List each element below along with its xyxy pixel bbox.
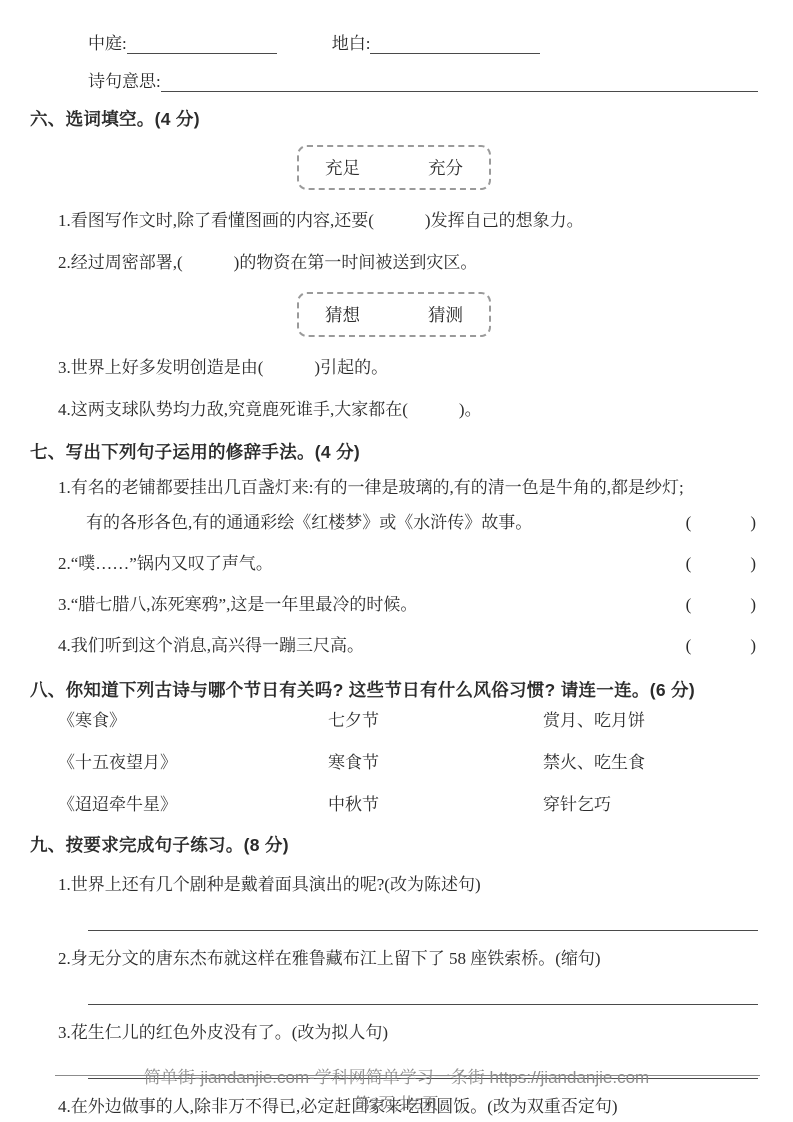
question-7-1: 1.有名的老铺都要挂出几百盏灯来:有的一律是玻璃的,有的清一色是牛角的,都是纱灯… [58, 470, 758, 540]
question-9-1: 1.世界上还有几个剧种是戴着面具演出的呢?(改为陈述句) [58, 870, 758, 900]
section8-title: 八、你知道下列古诗与哪个节日有关吗? 这些节日有什么风俗习惯? 请连一连。(6 … [30, 677, 758, 702]
question-6-2: 2.经过周密部署,( )的物资在第一时间被送到灾区。 [58, 248, 758, 278]
question-7-4: 4.我们听到这个消息,高兴得一蹦三尺高。 ( ) [58, 628, 758, 663]
poem-title: 《十五夜望月》 [58, 750, 328, 776]
custom-name: 赏月、吃月饼 [543, 708, 758, 734]
question-7-3: 3.“腊七腊八,冻死寒鸦”,这是一年里最冷的时候。 ( ) [58, 587, 758, 622]
word-choice-box-2: 猜想 猜测 [297, 292, 491, 337]
custom-name: 穿针乞巧 [543, 792, 758, 818]
question-text: 1.有名的老铺都要挂出几百盏灯来:有的一律是玻璃的,有的清一色是牛角的,都是纱灯… [58, 470, 686, 540]
matching-exercise: 《寒食》 七夕节 赏月、吃月饼 《十五夜望月》 寒食节 禁火、吃生食 《迢迢牵牛… [58, 708, 758, 818]
section9-title: 九、按要求完成句子练习。(8 分) [30, 832, 758, 857]
blank-label-dibai: 地白: [332, 29, 371, 54]
word-option: 充分 [428, 155, 463, 180]
section6-title: 六、选词填空。(4 分) [30, 106, 758, 131]
section7-title: 七、写出下列句子运用的修辞手法。(4 分) [30, 439, 758, 464]
question-9-3: 3.花生仁儿的红色外皮没有了。(改为拟人句) [58, 1018, 758, 1048]
custom-name: 禁火、吃生食 [543, 750, 758, 776]
question-7-2: 2.“噗……”锅内又叹了声气。 ( ) [58, 546, 758, 581]
fill-in-row-poem-meaning: 诗句意思: [88, 64, 758, 92]
word-option: 充足 [325, 155, 360, 180]
answer-line [88, 900, 758, 931]
poem-title: 《寒食》 [58, 708, 328, 734]
watermark-row: 简单街-jiandanjie.com-学科网简单学习一条街 https://ji… [0, 1063, 793, 1087]
answer-parens: ( ) [686, 628, 758, 663]
blank-label-meaning: 诗句意思: [88, 67, 161, 92]
page-footer: 简单街-jiandanjie.com-学科网简单学习一条街 https://ji… [0, 1063, 793, 1114]
question-text: 4.我们听到这个消息,高兴得一蹦三尺高。 [58, 628, 364, 663]
question-text: 3.“腊七腊八,冻死寒鸦”,这是一年里最冷的时候。 [58, 587, 417, 622]
question-6-1: 1.看图写作文时,除了看懂图画的内容,还要( )发挥自己的想象力。 [58, 206, 758, 236]
answer-parens: ( ) [686, 587, 758, 622]
festival-name: 中秋节 [328, 792, 543, 818]
answer-line [88, 974, 758, 1005]
festival-name: 寒食节 [328, 750, 543, 776]
answer-blank-meaning [161, 69, 758, 92]
answer-blank-dibai [370, 31, 540, 54]
question-6-4: 4.这两支球队势均力敌,究竟鹿死谁手,大家都在( )。 [58, 395, 758, 425]
word-option: 猜想 [325, 302, 360, 327]
question-text: 2.“噗……”锅内又叹了声气。 [58, 546, 273, 581]
answer-blank-zhongting [127, 31, 277, 54]
festival-name: 七夕节 [328, 708, 543, 734]
blank-label-zhongting: 中庭: [88, 29, 127, 54]
poem-title: 《迢迢牵牛星》 [58, 792, 328, 818]
watermark-text: 简单街-jiandanjie.com-学科网简单学习一条街 https://ji… [144, 1068, 649, 1087]
answer-parens: ( ) [686, 505, 758, 540]
word-choice-box-1: 充足 充分 [297, 145, 491, 190]
question-9-2: 2.身无分文的唐东杰布就这样在雅鲁藏布江上留下了 58 座铁索桥。(缩句) [58, 944, 758, 974]
page-number: 第2页,共5页 [0, 1091, 793, 1114]
exam-page: 中庭: 地白: 诗句意思: 六、选词填空。(4 分) 充足 充分 1.看图写作文… [0, 0, 793, 1122]
fill-in-row-poem-words: 中庭: 地白: [88, 26, 758, 54]
question-6-3: 3.世界上好多发明创造是由( )引起的。 [58, 353, 758, 383]
word-option: 猜测 [428, 302, 463, 327]
answer-parens: ( ) [686, 546, 758, 581]
